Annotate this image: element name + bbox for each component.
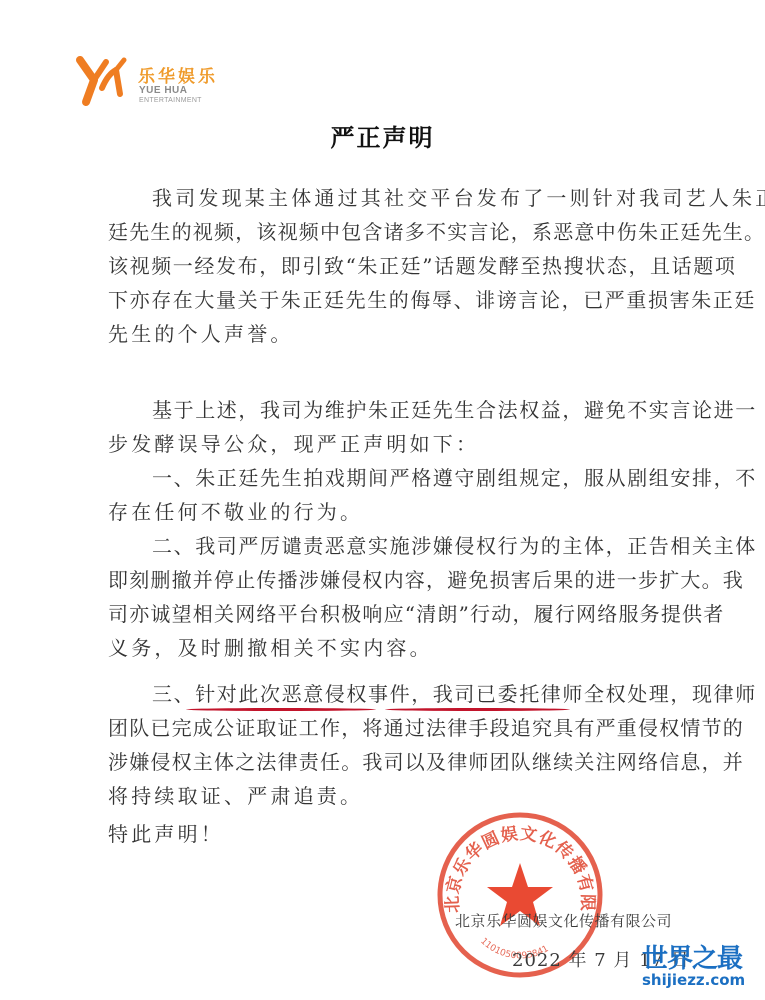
paragraph-line: 司亦诚望相关网络平台积极响应“清朗”行动，履行网络服务提供者 [108,602,653,626]
paragraph-line: 先生的个人声誉。 [108,322,653,346]
paragraph-line: 团队已完成公证取证工作，将通过法律手段追究具有严重侵权情节的 [108,716,653,740]
yue-hua-logo-icon [72,52,132,108]
paragraph-line: 廷先生的视频，该视频中包含诸多不实言论，系恶意中伤朱正廷先生。 [108,220,653,244]
paragraph-line: 三、针对此次恶意侵权事件，我司已委托律师全权处理，现律师 [152,682,652,706]
document-title: 严正声明 [0,118,765,153]
logo-name-en: YUE HUA [139,85,188,96]
paragraph-line: 即刻删撤并停止传播涉嫌侵权内容，避免损害后果的进一步扩大。我 [108,568,653,592]
paragraph-line: 基于上述，我司为维护朱正廷先生合法权益，避免不实言论进一 [152,398,652,422]
signature-company: 北京乐华圆娱文化传播有限公司 [455,910,672,931]
paragraph-line: 存在任何不敬业的行为。 [108,500,653,524]
paragraph-line: 步发酵误导公众，现严正声明如下： [108,432,653,456]
highlight-underline [186,708,376,711]
paragraph-line: 二、我司严厉谴责恶意实施涉嫌侵权行为的主体，正告相关主体 [152,534,652,558]
paragraph-line: 义务，及时删撤相关不实内容。 [108,636,653,660]
logo-subtitle-en: ENTERTAINMENT [139,97,202,104]
site-watermark: 世界之最 shijiezz.com [640,938,765,998]
watermark-domain: shijiezz.com [642,971,745,989]
paragraph-line: 涉嫌侵权主体之法律责任。我司以及律师团队继续关注网络信息，并 [108,750,653,774]
company-logo: 乐华娱乐 YUE HUA ENTERTAINMENT [72,52,282,112]
paragraph-line: 我司发现某主体通过其社交平台发布了一则针对我司艺人朱正 [152,186,652,210]
paragraph-line: 下亦存在大量关于朱正廷先生的侮辱、诽谤言论，已严重损害朱正廷 [108,288,653,312]
logo-name-cn: 乐华娱乐 [138,62,218,87]
watermark-name: 世界之最 [642,938,742,975]
highlight-underline [385,708,570,711]
paragraph-line: 一、朱正廷先生拍戏期间严格遵守剧组规定，服从剧组安排，不 [152,466,652,490]
paragraph-line: 该视频一经发布，即引致“朱正廷”话题发酵至热搜状态，且话题项 [108,254,653,278]
